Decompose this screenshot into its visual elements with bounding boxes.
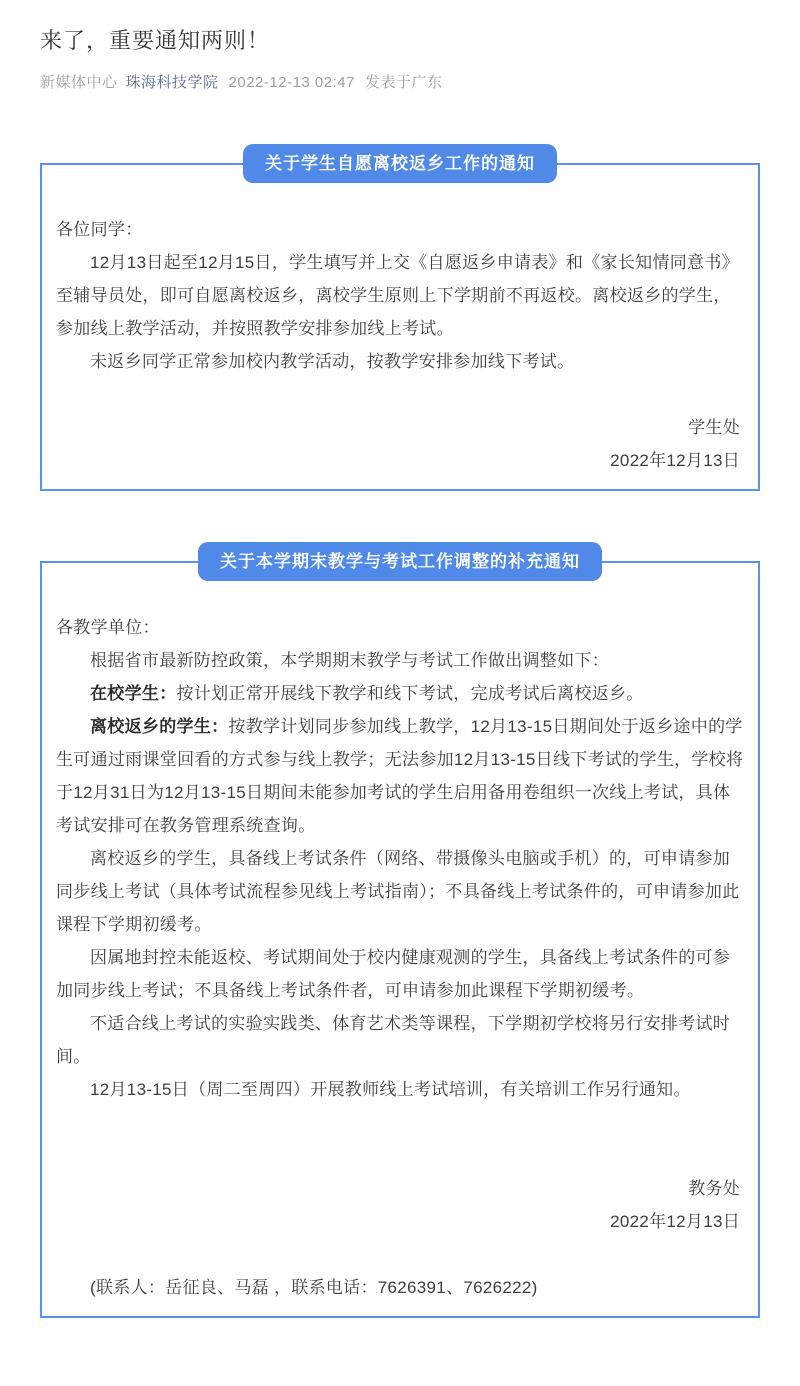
signature-date: 2022年12月13日 — [56, 444, 740, 477]
notice-content: 各位同学：12月13日起至12月15日，学生填写并上交《自愿返乡申请表》和《家长… — [56, 213, 744, 477]
signature-date: 2022年12月13日 — [56, 1205, 740, 1238]
signature-department: 学生处 — [56, 411, 740, 444]
paragraph-bold-lead: 在校学生： — [90, 684, 177, 703]
notice-salutation: 各教学单位： — [56, 611, 744, 644]
byline-author: 新媒体中心 — [40, 74, 118, 91]
notice-signature: 教务处2022年12月13日 — [56, 1172, 744, 1238]
signature-department: 教务处 — [56, 1172, 740, 1205]
notice-box: 关于学生自愿离校返乡工作的通知各位同学：12月13日起至12月15日，学生填写并… — [40, 163, 760, 491]
notice-paragraph: 因属地封控未能返校、考试期间处于校内健康观测的学生，具备线上考试条件的可参加同步… — [56, 941, 744, 1007]
notice-paragraph: 离校返乡的学生，具备线上考试条件（网络、带摄像头电脑或手机）的，可申请参加同步线… — [56, 842, 744, 941]
notice-box: 关于本学期末教学与考试工作调整的补充通知各教学单位：根据省市最新防控政策，本学期… — [40, 561, 760, 1318]
notice-title-badge: 关于学生自愿离校返乡工作的通知 — [243, 144, 557, 183]
byline: 新媒体中心珠海科技学院2022-12-13 02:47发表于广东 — [40, 72, 760, 93]
byline-datetime: 2022-12-13 02:47 — [229, 74, 355, 91]
byline-location: 发表于广东 — [365, 74, 443, 91]
notice-content: 各教学单位：根据省市最新防控政策，本学期期末教学与考试工作做出调整如下：在校学生… — [56, 611, 744, 1304]
article-page: 来了，重要通知两则！ 新媒体中心珠海科技学院2022-12-13 02:47发表… — [0, 26, 800, 1368]
notice-paragraph: 不适合线上考试的实验实践类、体育艺术类等课程，下学期初学校将另行安排考试时间。 — [56, 1007, 744, 1073]
article-title: 来了，重要通知两则！ — [40, 26, 760, 56]
notice-paragraph: 12月13-15日（周二至周四）开展教师线上考试培训，有关培训工作另行通知。 — [56, 1073, 744, 1106]
paragraph-bold-lead: 离校返乡的学生： — [90, 717, 228, 736]
notice-paragraph: 离校返乡的学生：按教学计划同步参加线上教学，12月13-15日期间处于返乡途中的… — [56, 710, 744, 842]
notice-contact-line: (联系人：岳征良、马磊 ，联系电话：7626391、7626222) — [56, 1271, 744, 1304]
notice-paragraph: 未返乡同学正常参加校内教学活动，按教学安排参加线下考试。 — [56, 345, 744, 378]
bottom-spacer — [0, 1318, 800, 1368]
notice-paragraph: 根据省市最新防控政策，本学期期末教学与考试工作做出调整如下： — [56, 644, 744, 677]
notices-container: 关于学生自愿离校返乡工作的通知各位同学：12月13日起至12月15日，学生填写并… — [0, 163, 800, 1318]
notice-salutation: 各位同学： — [56, 213, 744, 246]
notice-paragraph: 12月13日起至12月15日，学生填写并上交《自愿返乡申请表》和《家长知情同意书… — [56, 246, 744, 345]
byline-account-link[interactable]: 珠海科技学院 — [126, 74, 219, 91]
notice-paragraph: 在校学生：按计划正常开展线下教学和线下考试，完成考试后离校返乡。 — [56, 677, 744, 710]
notice-title-badge: 关于本学期末教学与考试工作调整的补充通知 — [198, 542, 602, 581]
notice-signature: 学生处2022年12月13日 — [56, 411, 744, 477]
